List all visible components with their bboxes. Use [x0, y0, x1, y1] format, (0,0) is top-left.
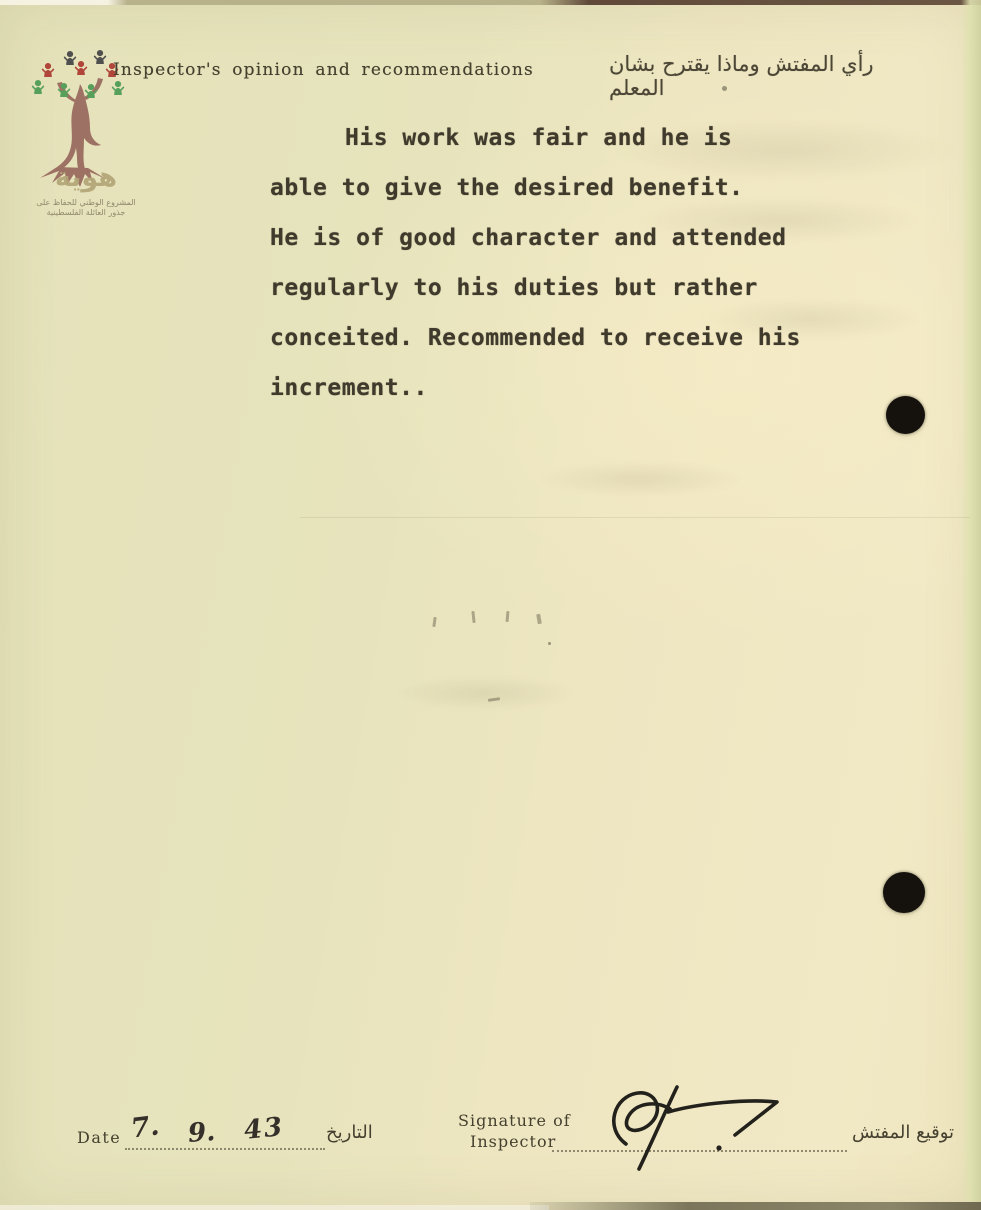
faint-ink-mark — [506, 611, 510, 622]
signature-label-arabic: توقيع المفتش — [852, 1122, 954, 1143]
punch-hole-top — [886, 396, 925, 434]
scan-edge-bottom-left — [0, 1205, 549, 1210]
signature-label-line1: Signature of — [458, 1111, 571, 1130]
scan-edge-right — [961, 0, 981, 1210]
signature-label-english: Signature of Inspector — [458, 1110, 571, 1152]
form-title-english: Inspector's opinion and recommendations — [113, 60, 534, 80]
inspector-signature — [598, 1082, 798, 1178]
faint-ink-mark — [536, 614, 542, 625]
report-line: He is of good character and attended — [270, 224, 870, 274]
form-title-arabic: رأي المفتش وماذا يقترح بشان المعلم — [609, 52, 929, 100]
signature-scrawl-icon — [598, 1082, 798, 1174]
handwritten-date-day: 7. — [129, 1110, 161, 1144]
scanned-document-page: هوية المشروع الوطني للحفاظ على جذور العا… — [0, 0, 981, 1210]
logo-name-arabic: هوية — [28, 162, 144, 193]
faint-ink-mark — [432, 617, 436, 627]
scan-edge-top — [0, 0, 981, 5]
bleed-through-smudge — [540, 462, 740, 496]
ink-speck — [548, 642, 551, 645]
logo-tagline-line1: المشروع الوطني للحفاظ على — [28, 198, 144, 207]
punch-hole-bottom — [883, 872, 925, 913]
handwritten-date-month: 9. — [187, 1117, 216, 1149]
logo-tagline-line2: جذور العائلة الفلسطينية — [28, 208, 144, 217]
handwritten-date-year: 43 — [243, 1112, 286, 1146]
date-label-english: Date — [77, 1128, 121, 1147]
scan-streak — [300, 517, 970, 518]
scan-edge-bottom-right — [530, 1202, 981, 1210]
report-line: His work was fair and he is — [270, 124, 870, 174]
report-line: increment.. — [270, 374, 870, 424]
signature-label-line2: Inspector — [458, 1131, 571, 1152]
report-line: able to give the desired benefit. — [270, 174, 870, 224]
date-dotted-line — [125, 1148, 325, 1150]
report-line: conceited. Recommended to receive his — [270, 324, 870, 374]
faint-ink-mark — [471, 611, 475, 623]
report-line: regularly to his duties but rather — [270, 274, 870, 324]
people-canopy — [33, 50, 124, 98]
date-label-arabic: التاريخ — [326, 1122, 373, 1143]
bleed-through-smudge — [395, 676, 575, 710]
typed-report-body: His work was fair and he is able to give… — [270, 124, 870, 424]
